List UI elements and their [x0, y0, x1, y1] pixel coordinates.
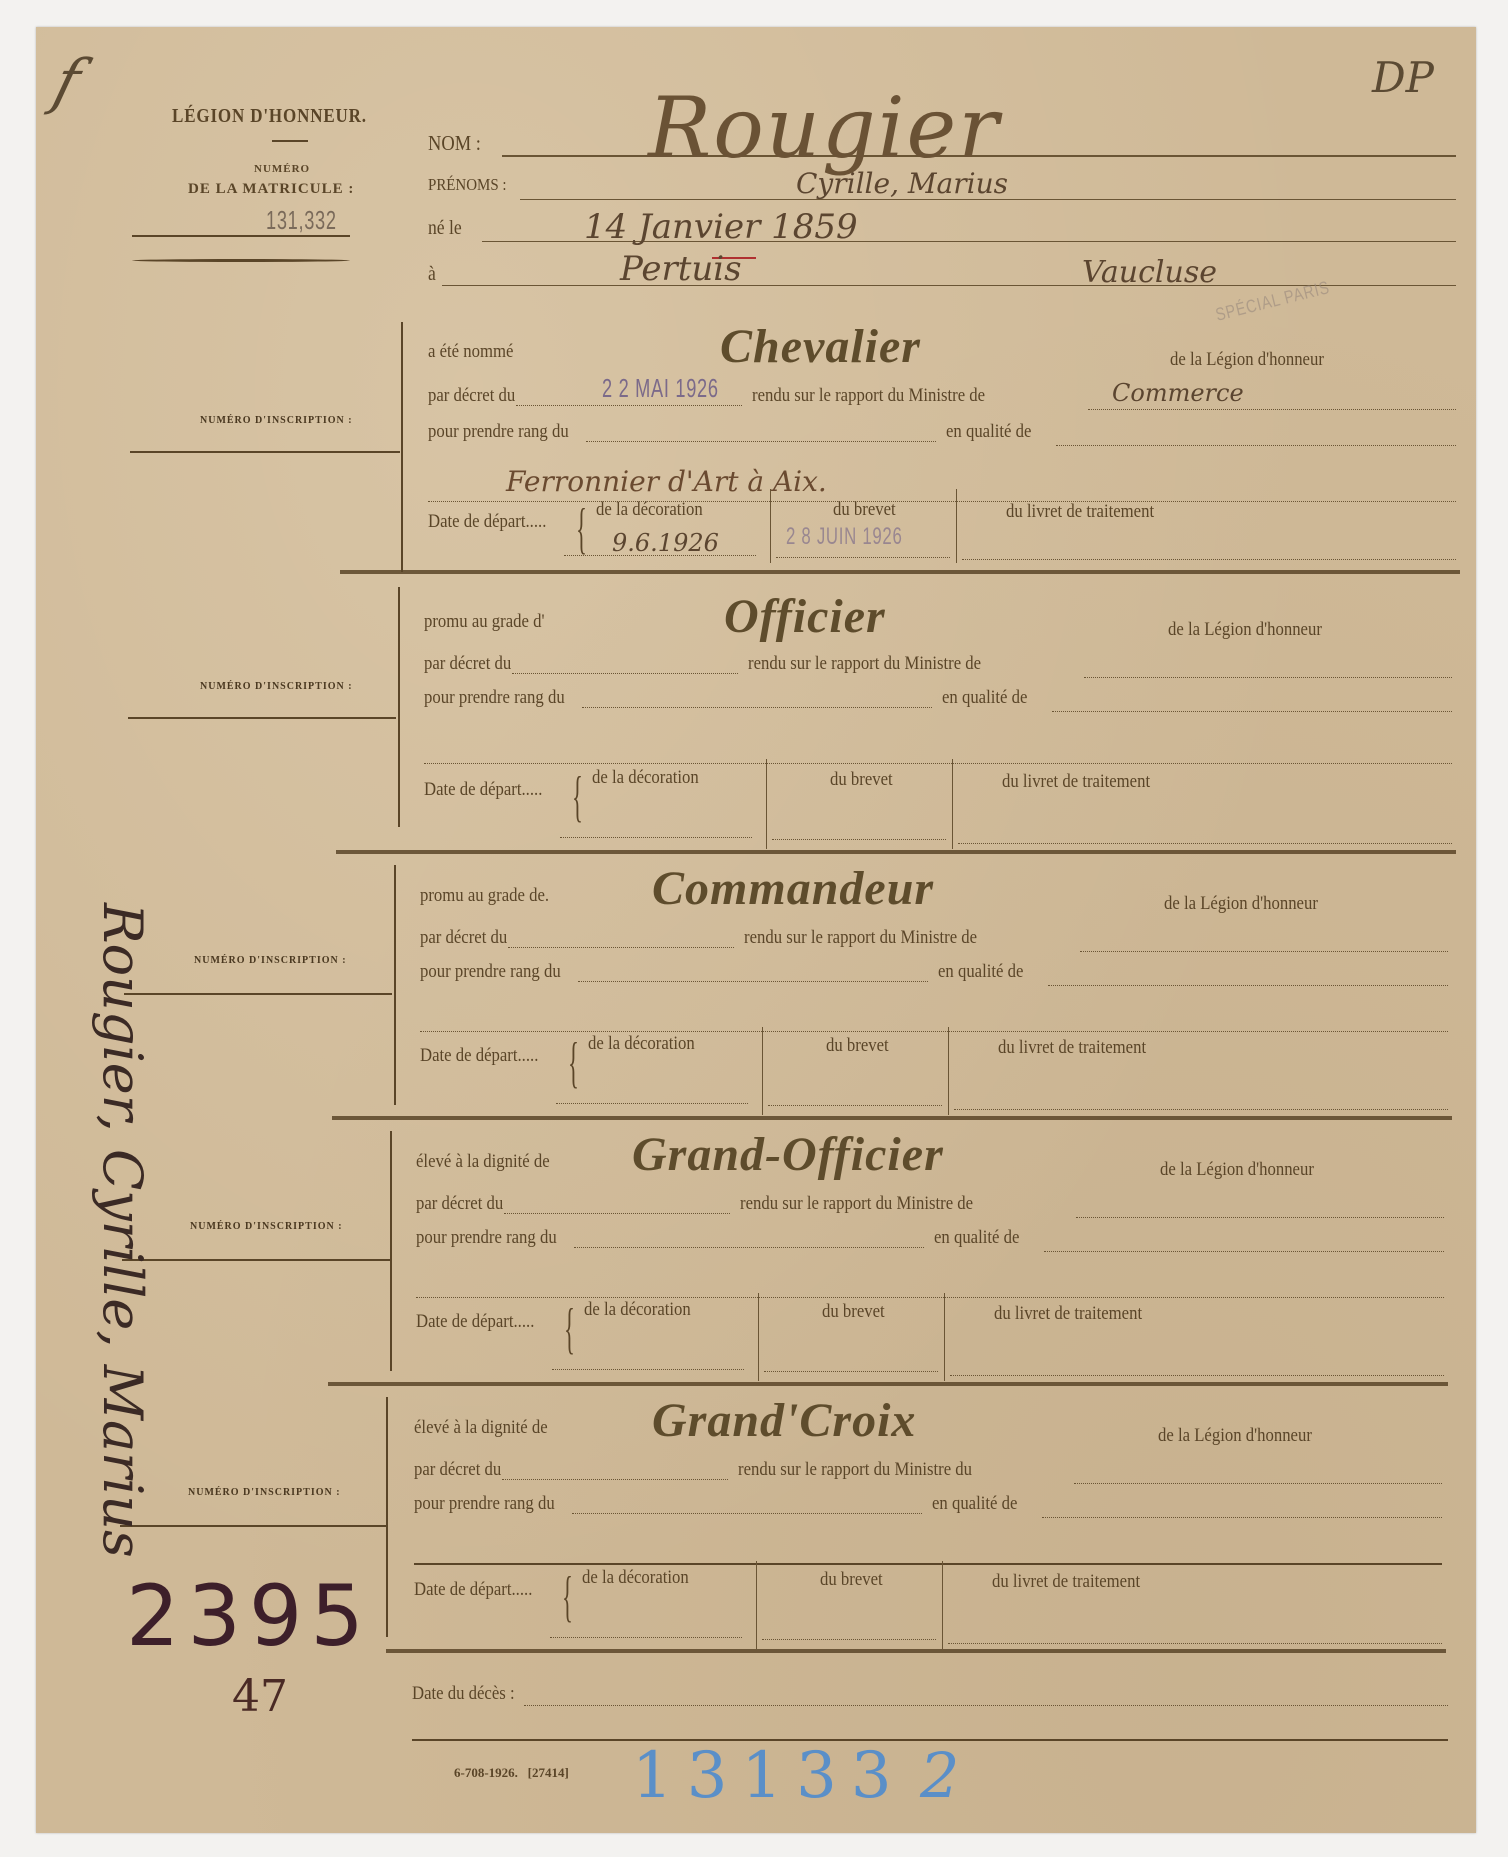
section-3-qualite-line	[1048, 985, 1448, 986]
section-5-rang-line	[572, 1513, 922, 1514]
corner-mark-left: f	[47, 47, 88, 117]
section-3-brace: {	[568, 1031, 579, 1095]
section-1-divider	[340, 570, 1460, 574]
section-2-ministre-line	[1084, 677, 1452, 678]
section-4-decret-label: par décret du	[416, 1193, 503, 1215]
legion-honneur-record-card: f DP LÉGION D'HONNEUR. NUMÉRO DE LA MATR…	[36, 27, 1476, 1833]
section-4-livret-line	[950, 1375, 1444, 1376]
section-1-qualite-label: en qualité de	[946, 421, 1031, 443]
section-2-intro: promu au grade d'	[424, 611, 544, 633]
matricule-brace-rule	[132, 259, 350, 262]
section-1-rapport-label: rendu sur le rapport du Ministre de	[752, 385, 985, 407]
section-3-depart-label: Date de départ.....	[420, 1045, 538, 1067]
deces-line	[524, 1705, 1448, 1706]
section-3-decret-line	[508, 947, 734, 948]
section-4-decret-line	[504, 1213, 730, 1214]
section-1-col-sep-1	[770, 489, 771, 563]
section-3-livret-line	[954, 1109, 1448, 1110]
section-3-decoration-line	[556, 1103, 748, 1104]
section-2-col-sep-1	[766, 759, 767, 849]
section-3-decret-label: par décret du	[420, 927, 507, 949]
section-3-rapport-label: rendu sur le rapport du Ministre de	[744, 927, 977, 949]
section-1-rang-label: pour prendre rang du	[428, 421, 569, 443]
section-1-brevet-line	[776, 557, 950, 558]
ne-le-label: né le	[428, 217, 462, 240]
inscription-rule-5	[120, 1525, 386, 1527]
prenoms-label: PRÉNOMS :	[428, 175, 507, 195]
section-4-brevet-line	[764, 1371, 938, 1372]
section-5-grade: Grand'Croix	[652, 1393, 916, 1448]
a-label: à	[428, 263, 436, 286]
section-5-brevet-label: du brevet	[820, 1569, 883, 1591]
section-5-livret-line	[948, 1643, 1442, 1644]
section-4-col-sep-2	[944, 1293, 945, 1381]
section-1-decret-value[interactable]: 2 2 MAI 1926	[602, 373, 719, 404]
section-2-brevet-label: du brevet	[830, 769, 893, 791]
blue-archive-mark: 2	[920, 1739, 959, 1812]
section-1-left-border	[401, 322, 403, 572]
inscription-label-2: NUMÉRO D'INSCRIPTION :	[200, 681, 353, 692]
section-4-col-sep-1	[758, 1293, 759, 1381]
section-1-decoration-value[interactable]: 9.6.1926	[612, 529, 719, 557]
section-4-depart-label: Date de départ.....	[416, 1311, 534, 1333]
section-1-decret-line	[516, 405, 742, 406]
section-4-rang-line	[574, 1247, 924, 1248]
inscription-rule-3	[124, 993, 392, 995]
section-5-decret-label: par décret du	[414, 1459, 501, 1481]
section-3-brevet-label: du brevet	[826, 1035, 889, 1057]
section-2-depart-label: Date de départ.....	[424, 779, 542, 801]
deces-label: Date du décès :	[412, 1683, 515, 1705]
section-5-decoration-line	[550, 1637, 742, 1638]
section-5-livret-label: du livret de traitement	[992, 1571, 1140, 1593]
section-4-qualite-line	[1044, 1251, 1444, 1252]
section-5-qualite-line	[1042, 1517, 1442, 1518]
departement-value[interactable]: Vaucluse	[1082, 255, 1217, 290]
section-5-brace: {	[562, 1565, 573, 1629]
section-1-decoration-label: de la décoration	[596, 499, 703, 521]
section-4-suffix: de la Légion d'honneur	[1160, 1159, 1314, 1181]
ne-le-value[interactable]: 14 Janvier 1859	[584, 207, 858, 247]
section-5-brevet-line	[762, 1639, 936, 1640]
section-2-livret-label: du livret de traitement	[1002, 771, 1150, 793]
section-5-decret-line	[502, 1479, 728, 1480]
prenoms-value[interactable]: Cyrille, Marius	[796, 167, 1008, 200]
section-2-brace: {	[572, 765, 583, 829]
section-1-livret-label: du livret de traitement	[1006, 501, 1154, 523]
inscription-rule-4	[122, 1259, 390, 1261]
section-4-rang-label: pour prendre rang du	[416, 1227, 557, 1249]
matricule-value: 131,332	[266, 205, 337, 236]
inscription-label-5: NUMÉRO D'INSCRIPTION :	[188, 1487, 341, 1498]
section-1-intro: a été nommé	[428, 341, 513, 363]
section-5-col-sep-2	[942, 1561, 943, 1649]
section-3-col-sep-2	[948, 1027, 949, 1115]
section-3-qualite-label: en qualité de	[938, 961, 1023, 983]
section-3-rang-label: pour prendre rang du	[420, 961, 561, 983]
section-2-livret-line	[958, 843, 1452, 844]
section-5-ministre-line	[1074, 1483, 1442, 1484]
matricule-label: DE LA MATRICULE :	[188, 181, 354, 198]
inscription-rule-2	[128, 717, 396, 719]
section-4-livret-label: du livret de traitement	[994, 1303, 1142, 1325]
section-4-grade: Grand-Officier	[632, 1127, 944, 1182]
section-5-depart-label: Date de départ.....	[414, 1579, 532, 1601]
section-1-suffix: de la Légion d'honneur	[1170, 349, 1324, 371]
corner-mark-right: DP	[1372, 53, 1434, 102]
section-2-extra-line	[424, 763, 1452, 764]
section-3-brevet-line	[768, 1105, 942, 1106]
section-5-decoration-label: de la décoration	[582, 1567, 689, 1589]
section-2-qualite-line	[1052, 711, 1452, 712]
section-1-grade: Chevalier	[720, 319, 921, 374]
section-1-brevet-value[interactable]: 2 8 JUIN 1926	[786, 523, 902, 551]
matricule-rule	[132, 235, 350, 237]
section-4-divider	[328, 1382, 1448, 1386]
blue-archive-number: 13133	[632, 1739, 906, 1813]
section-1-ministre-line	[1088, 409, 1456, 410]
section-5-left-border	[386, 1397, 388, 1637]
section-3-decoration-label: de la décoration	[588, 1033, 695, 1055]
section-2-rang-line	[582, 707, 932, 708]
dossier-number: 2395	[126, 1567, 372, 1665]
section-2-rapport-label: rendu sur le rapport du Ministre de	[748, 653, 981, 675]
section-3-intro: promu au grade de.	[420, 885, 549, 907]
section-1-livret-line	[962, 559, 1456, 560]
document-title: LÉGION D'HONNEUR.	[172, 105, 367, 128]
section-3-divider	[332, 1116, 1452, 1120]
section-4-decoration-line	[552, 1369, 744, 1370]
section-1-decoration-line	[564, 555, 756, 556]
inscription-rule-1	[130, 451, 400, 453]
nom-label: NOM :	[428, 131, 481, 156]
section-3-ministre-line	[1080, 951, 1448, 952]
section-5-suffix: de la Légion d'honneur	[1158, 1425, 1312, 1447]
matricule-label-top: NUMÉRO	[254, 163, 310, 175]
section-3-col-sep-1	[762, 1027, 763, 1115]
print-reference: 6-708-1926. [27414]	[454, 1765, 569, 1781]
section-1-qualite-value[interactable]: Ferronnier d'Art à Aix.	[506, 465, 827, 498]
section-1-brevet-label: du brevet	[833, 499, 896, 521]
section-2-qualite-label: en qualité de	[942, 687, 1027, 709]
section-2-divider	[336, 850, 1456, 854]
section-4-ministre-line	[1076, 1217, 1444, 1218]
section-5-rapport-label: rendu sur le rapport du Ministre du	[738, 1459, 972, 1481]
section-1-depart-label: Date de départ.....	[428, 511, 546, 533]
section-3-suffix: de la Légion d'honneur	[1164, 893, 1318, 915]
nom-value[interactable]: Rougier	[648, 79, 1000, 177]
section-1-ministre-value[interactable]: Commerce	[1112, 379, 1244, 407]
title-underline	[272, 140, 308, 142]
section-4-decoration-label: de la décoration	[584, 1299, 691, 1321]
section-5-rang-label: pour prendre rang du	[414, 1493, 555, 1515]
section-2-decoration-line	[560, 837, 752, 838]
vertical-name: Rougier, Cyrille, Marius	[84, 903, 154, 1503]
section-2-suffix: de la Légion d'honneur	[1168, 619, 1322, 641]
dossier-sub-number: 47	[232, 1671, 288, 1722]
section-4-brace: {	[564, 1297, 575, 1361]
section-5-col-sep-1	[756, 1561, 757, 1649]
inscription-label-4: NUMÉRO D'INSCRIPTION :	[190, 1221, 343, 1232]
section-3-livret-label: du livret de traitement	[998, 1037, 1146, 1059]
section-1-qualite-line	[1056, 445, 1456, 446]
section-4-brevet-label: du brevet	[822, 1301, 885, 1323]
section-1-col-sep-2	[956, 489, 957, 563]
section-4-intro: élevé à la dignité de	[416, 1151, 550, 1173]
section-2-col-sep-2	[952, 759, 953, 849]
section-2-rang-label: pour prendre rang du	[424, 687, 565, 709]
section-2-decret-line	[512, 673, 738, 674]
section-5-divider	[386, 1649, 1446, 1653]
section-1-rang-line	[586, 441, 936, 442]
section-2-grade: Officier	[724, 589, 886, 644]
section-2-decoration-label: de la décoration	[592, 767, 699, 789]
section-5-qualite-label: en qualité de	[932, 1493, 1017, 1515]
inscription-label-1: NUMÉRO D'INSCRIPTION :	[200, 415, 353, 426]
section-3-grade: Commandeur	[652, 861, 934, 916]
section-3-rang-line	[578, 981, 928, 982]
section-2-decret-label: par décret du	[424, 653, 511, 675]
section-1-brace: {	[576, 497, 587, 561]
section-1-decret-label: par décret du	[428, 385, 515, 407]
section-5-intro: élevé à la dignité de	[414, 1417, 548, 1439]
section-2-brevet-line	[772, 839, 946, 840]
inscription-label-3: NUMÉRO D'INSCRIPTION :	[194, 955, 347, 966]
section-4-qualite-label: en qualité de	[934, 1227, 1019, 1249]
section-3-left-border	[394, 865, 396, 1105]
lieu-value[interactable]: Pertuis	[620, 249, 742, 289]
section-2-left-border	[398, 587, 400, 827]
section-4-left-border	[390, 1131, 392, 1371]
section-4-rapport-label: rendu sur le rapport du Ministre de	[740, 1193, 973, 1215]
